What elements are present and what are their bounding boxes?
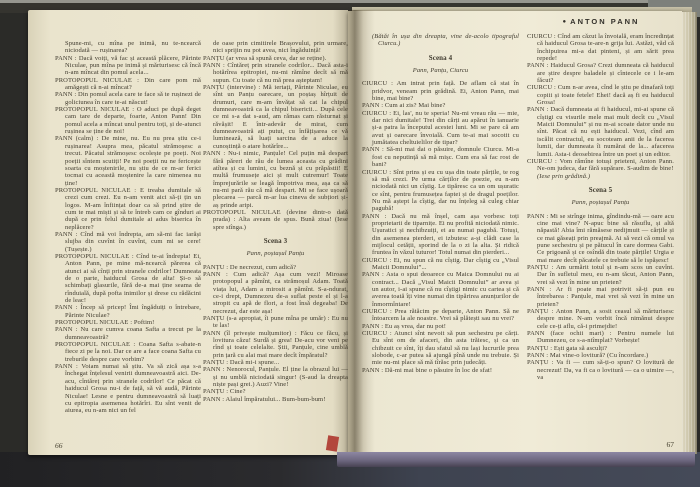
script-paragraph: PANȚU : De necrezut, cum adică? — [203, 264, 348, 271]
script-paragraph: CIURCU : Prea rătăcim pe departe, Anton … — [362, 308, 519, 323]
script-paragraph: PANN (îl privește mulțumitor) : Făcu ce … — [203, 330, 348, 359]
stage-direction: (Iese prin grădină.) — [527, 173, 674, 180]
script-paragraph: PANN : Cîntăreț prin stranele codrilor..… — [203, 62, 348, 84]
script-paragraph: PANN : Dacă voiți, vă fac și această plă… — [55, 55, 201, 77]
script-paragraph: PANN : Mi se strînge inima, gîndindu-mă … — [527, 213, 674, 264]
script-paragraph: PANȚU (ar vrea să spună ceva, dar se reț… — [203, 55, 348, 62]
script-paragraph: PROTOPOPUL NICULAE : E treaba dumitale s… — [55, 187, 201, 231]
script-paragraph: PANN (face ochii mari) : Pentru numele l… — [527, 330, 674, 345]
left-page: Spune-mi, cu mîna pe inimă, nu te-ncearc… — [28, 10, 348, 455]
script-paragraph: PANN : Nu-i nimic, Panțule! Cel puțin mă… — [203, 150, 348, 209]
bookmark-ribbon — [326, 435, 339, 452]
script-paragraph: PANN : Alaiul împăratului... Bum-bum-bum… — [203, 396, 348, 403]
script-paragraph: PANȚU (s-a apropiat, îi pune mîna pe umă… — [203, 315, 348, 330]
script-paragraph: PANȚU (intervine) : Mă iertați, Părinte … — [203, 84, 348, 150]
script-paragraph: PANN : Să-mi mai dai o păsuire, domnule … — [362, 146, 519, 168]
script-paragraph: PANȚU : Am urmărit totul și n-am scos un… — [527, 264, 674, 286]
script-paragraph: PANȚU : Cine? — [203, 388, 348, 395]
script-paragraph: CIURCU : Am intrat prin față. De aflam c… — [362, 80, 519, 102]
running-header-title: ANTON PANN — [570, 17, 639, 26]
book-photo: Spune-mi, cu mîna pe inimă, nu te-ncearc… — [0, 0, 700, 487]
continuation-paragraph: de oase prin cimitirele Brașovului, prin… — [203, 40, 348, 55]
script-paragraph: PROTOPOPUL NICULAE : Poftim! — [55, 319, 201, 326]
cast-line: Pann, poștașul Panțu — [527, 199, 674, 206]
right-page-column-1: (Bătăi în ușa din dreapta, vine de-acolo… — [362, 33, 519, 433]
right-page: ●ANTON PANN (Bătăi în ușa din dreapta, v… — [348, 11, 682, 454]
script-paragraph: CIURCU : Atunci sînt nevoit să pun seche… — [362, 330, 519, 367]
script-paragraph: CIURCU : Cum n-ar avea, cînd le știu pe … — [527, 84, 674, 106]
script-paragraph: PANN (calm) : De mine, nu. Eu nu prea șt… — [55, 135, 201, 186]
script-paragraph: CIURCU : Ei, nu spun că nu cîștig. Dar c… — [362, 257, 519, 272]
script-paragraph: PANN : Cum adică? Așa cum vezi! Miroase … — [203, 271, 348, 315]
script-paragraph: PANN : Eu aș vrea, dar nu pot! — [362, 323, 519, 330]
right-page-column-2: CIURCU : Cînd am căzut la învoială, eram… — [527, 33, 674, 435]
script-paragraph: PANN : Mai vine-o lovitură? (Cu încordar… — [527, 352, 674, 359]
running-header: ●ANTON PANN — [526, 17, 676, 26]
script-paragraph: PANN : Din pomul acela care te face să t… — [55, 91, 201, 106]
script-paragraph: CIURCU : Ei, las', nu te speria! Nu-mi v… — [362, 110, 519, 147]
script-paragraph: PANN : Ar fi poate mai potrivit să-ți pu… — [527, 286, 674, 308]
script-paragraph: CIURCU : Sînt prins și eu cu ușa din toa… — [362, 169, 519, 213]
page-number-left: 66 — [55, 441, 63, 450]
script-paragraph: PANȚU : Dacă mi-i spune... — [203, 359, 348, 366]
script-paragraph: CIURCU : Vom rămîne totuși prieteni, Ant… — [527, 158, 674, 173]
script-paragraph: PROTOPOPUL NICULAE (devine dintr-o dată … — [203, 209, 348, 231]
script-paragraph: PANȚU : Va fi — cum să-ți-o spun? O lovi… — [527, 359, 674, 381]
left-page-column-2: de oase prin cimitirele Brașovului, prin… — [203, 40, 348, 444]
scene-heading: Scena 3 — [203, 238, 348, 245]
script-paragraph: PROTOPOPUL NICULAE : Cînd te-ai îndrepta… — [55, 253, 201, 304]
left-page-column-1: Spune-mi, cu mîna pe inimă, nu te-ncearc… — [55, 40, 201, 438]
cast-line: Pann, poștașul Panțu — [203, 250, 348, 257]
script-paragraph: PROTOPOPUL NICULAE : Coana Safta s-abate… — [55, 341, 201, 363]
page-fore-edge — [682, 12, 697, 454]
script-paragraph: PROTOPOPUL NICULAE : Din care pom mă amă… — [55, 77, 201, 92]
script-paragraph: CIURCU : Cînd am căzut la învoială, eram… — [527, 33, 674, 62]
script-paragraph: PANN : Cum ai zis? Mai bine? — [362, 102, 519, 109]
bullet-icon: ● — [563, 19, 567, 25]
script-paragraph: PANN : Nu care cumva coana Safta a trecu… — [55, 326, 201, 341]
script-paragraph: PANȚU : Ești gata să asculți? — [527, 345, 674, 352]
script-paragraph: PANN : Dacă nu mă înșel, cam așa vorbesc… — [362, 213, 519, 257]
script-paragraph: PROTOPOPUL NICULAE : O aduci pe după deg… — [55, 106, 201, 135]
script-paragraph: PANN : Haiducul Grosa? Crezi dumneata că… — [527, 62, 674, 84]
script-paragraph: PANN : Încep să pricep! Îmi îngăduiți o … — [55, 304, 201, 319]
script-paragraph: PANN : Nenorocul, Panțule. El ține la ob… — [203, 366, 348, 388]
script-paragraph: PANN : Dacă dumneata ai fi haiducul, mi-… — [527, 106, 674, 157]
script-paragraph: PANN : Cînd mă voi îndrepta, am să-mi fa… — [55, 231, 201, 253]
continuation-paragraph: Spune-mi, cu mîna pe inimă, nu te-ncearc… — [55, 40, 201, 55]
scene-heading: Scena 5 — [527, 187, 674, 194]
script-paragraph: PANN : Dă-mi mai bine o păsuire în loc d… — [362, 367, 519, 374]
cast-line: Pann, Panțu, Ciurcu — [362, 67, 519, 74]
book-cover-edge — [337, 452, 695, 467]
script-paragraph: PANN : Voiam numai să știu. Va să zică a… — [55, 363, 201, 414]
scene-heading: Scena 4 — [362, 55, 519, 62]
stage-direction: (Bătăi în ușa din dreapta, vine de-acolo… — [362, 33, 519, 48]
script-paragraph: PANȚU : Anton Pann, a sosit ceasul să mă… — [527, 308, 674, 330]
script-paragraph: PANN : Asta o spui deoarece cu Maica Dom… — [362, 271, 519, 308]
page-number-right: 67 — [527, 440, 674, 449]
